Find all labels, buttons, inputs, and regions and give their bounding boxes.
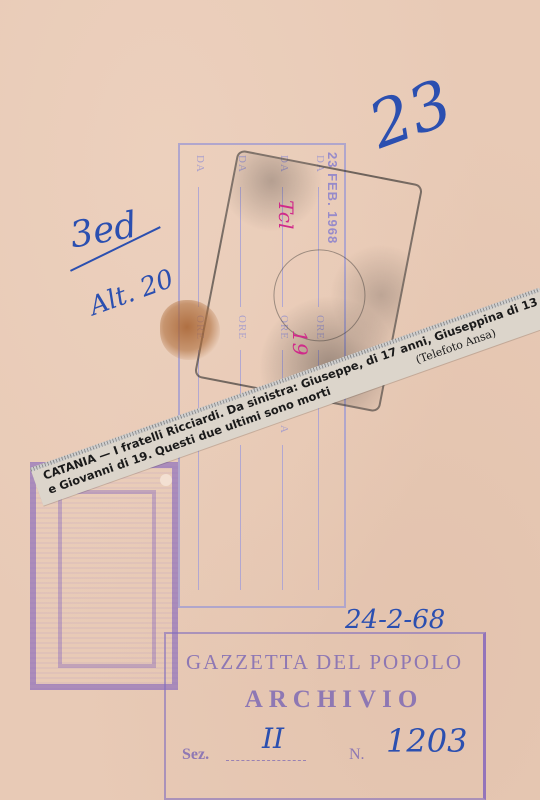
stamp-circle bbox=[266, 241, 374, 349]
section-label: Sez. bbox=[182, 746, 209, 764]
purple-stamp-inner-frame bbox=[58, 490, 156, 668]
archive-newspaper-title: GAZZETTA DEL POPOLO bbox=[186, 650, 486, 675]
handwritten-archive-date: 24-2-68 bbox=[345, 605, 445, 635]
number-label: N. bbox=[349, 746, 365, 764]
archive-subtitle: ARCHIVIO bbox=[214, 686, 454, 714]
archive-stamp: GAZZETTA DEL POPOLO ARCHIVIO Sez. N. bbox=[164, 632, 486, 800]
handwritten-section: II bbox=[262, 722, 284, 755]
section-field-line bbox=[226, 760, 306, 761]
pink-handwritten-number: 19 bbox=[288, 330, 312, 355]
pink-handwritten-note: Tcl bbox=[274, 200, 298, 229]
brown-stain bbox=[160, 300, 220, 360]
pin-hole bbox=[160, 474, 172, 486]
from-label: DA bbox=[194, 155, 206, 173]
handwritten-archive-number: 1203 bbox=[386, 722, 467, 760]
to-label: A bbox=[278, 425, 290, 434]
